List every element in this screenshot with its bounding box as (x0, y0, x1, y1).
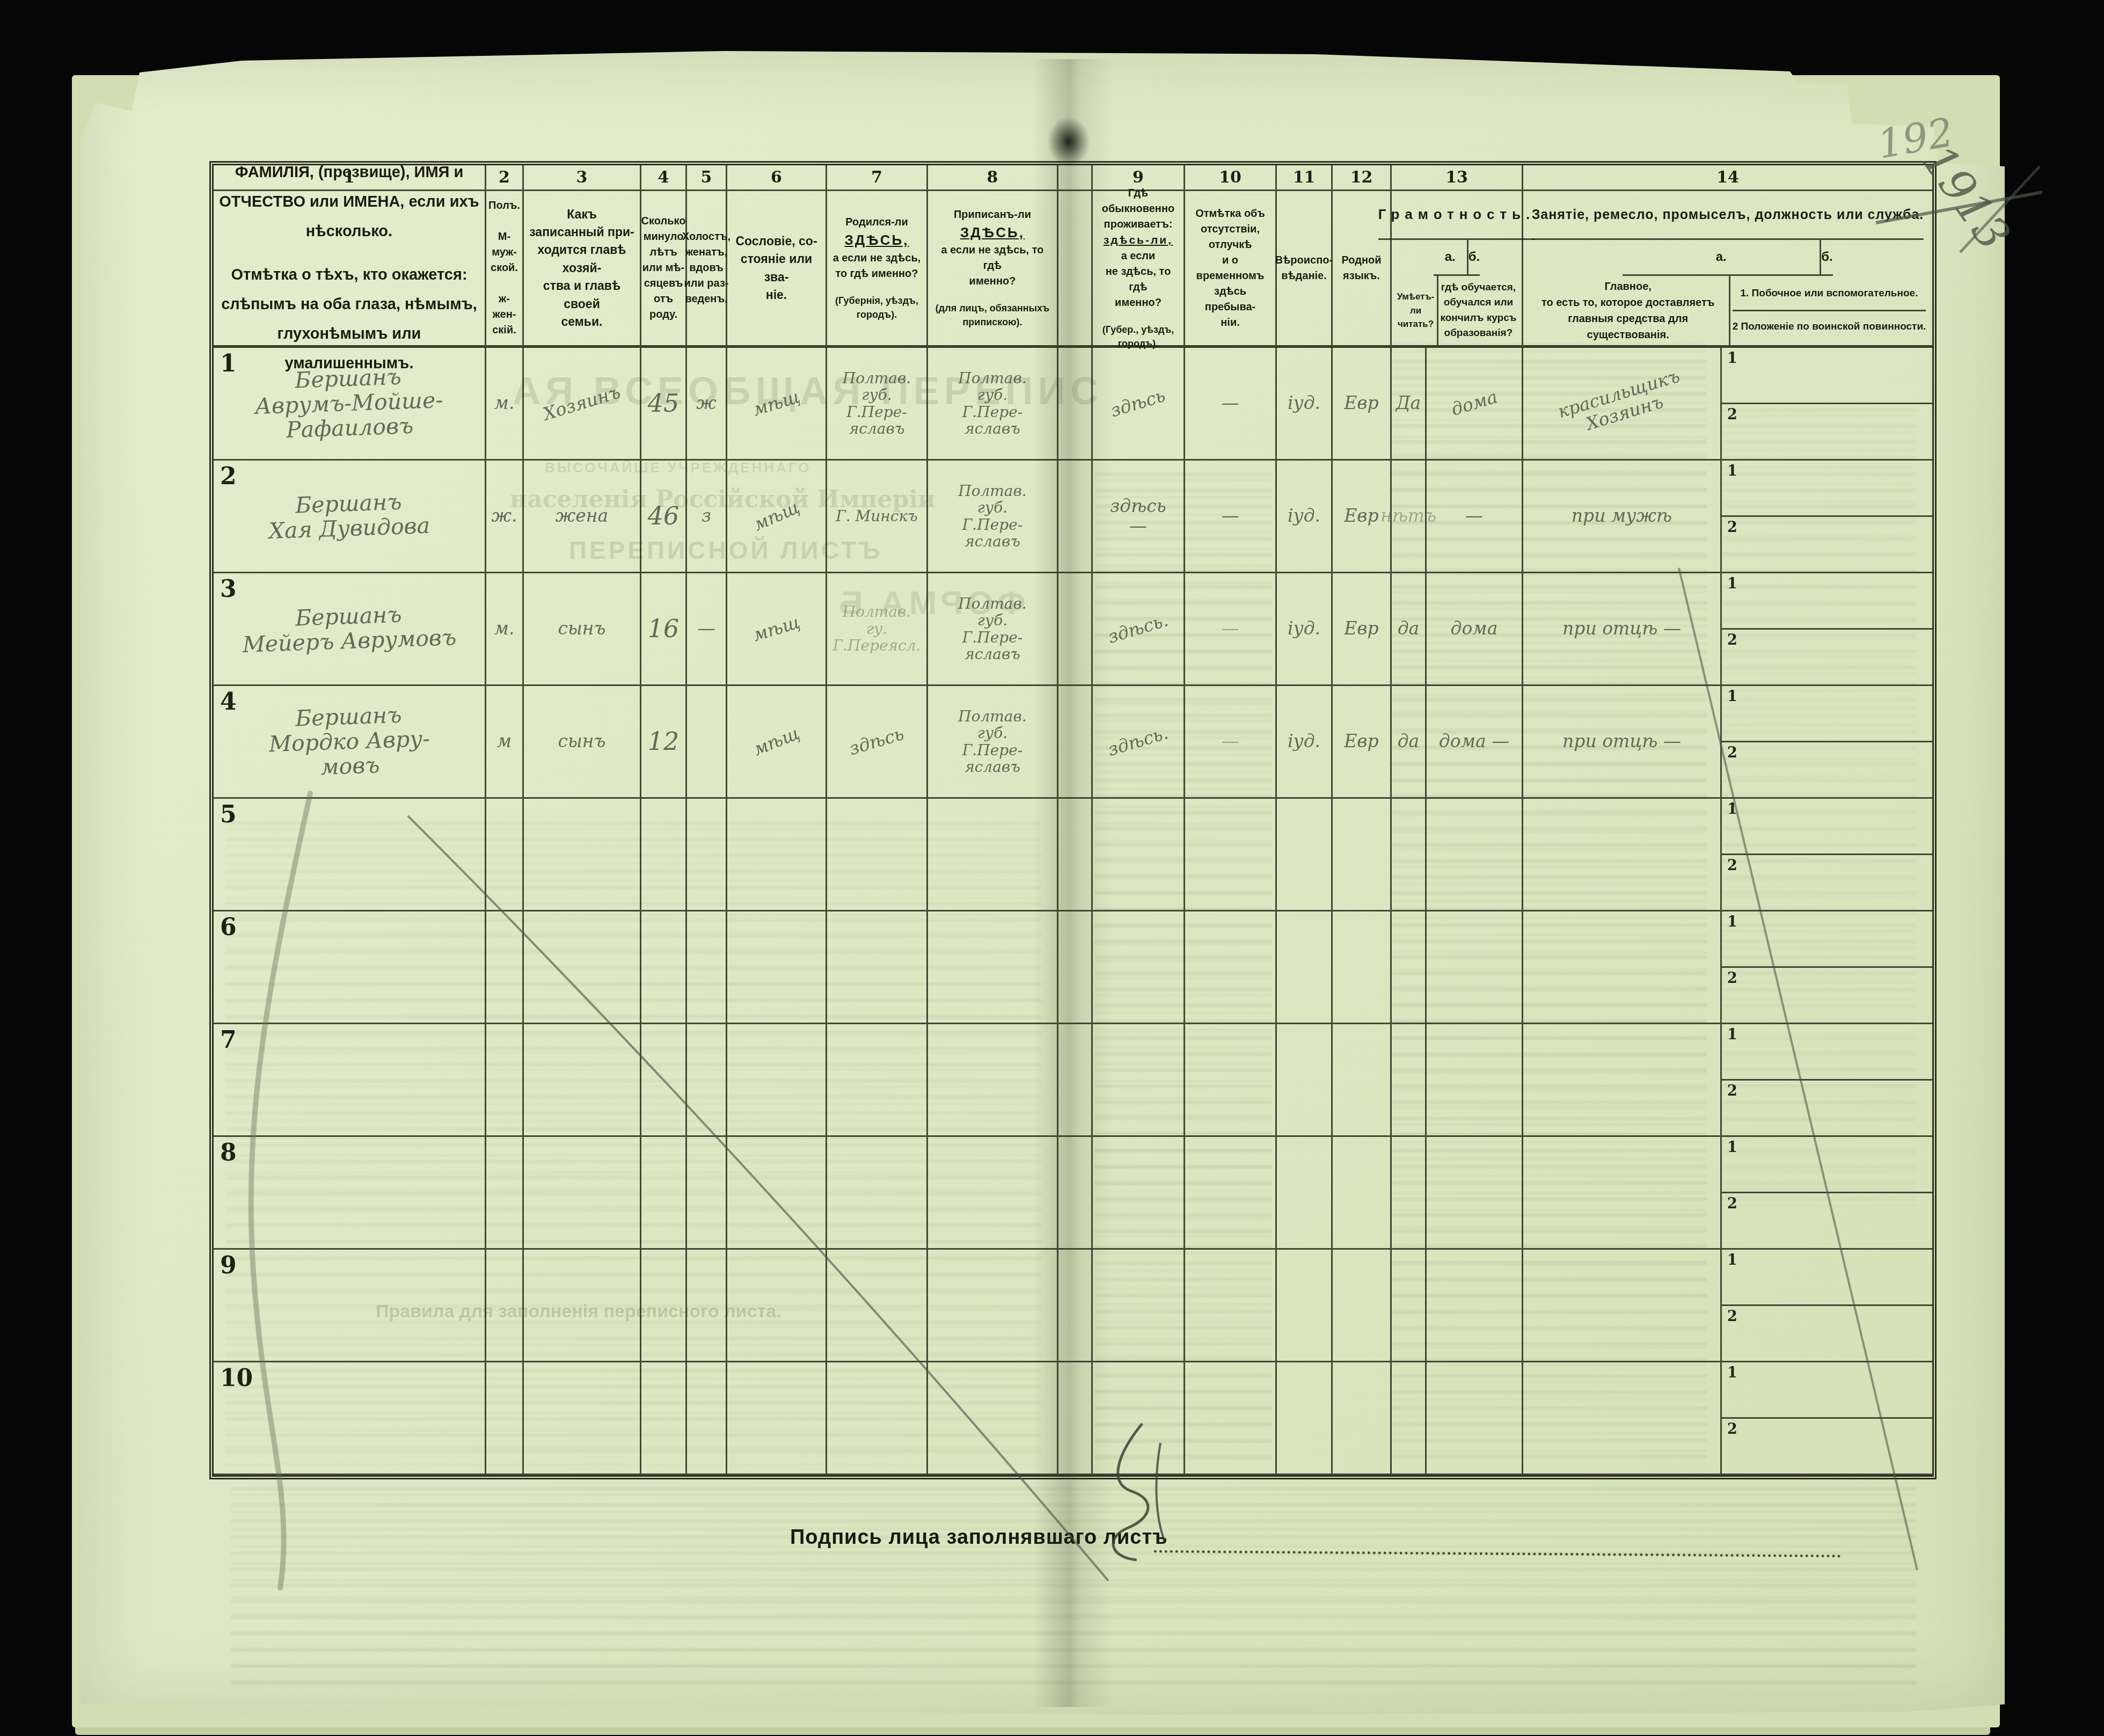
table-row-8-name: 8 (214, 1137, 486, 1250)
header-occupation-main: Главное, то есть то, которое доставляетъ… (1528, 276, 1730, 345)
book-fold-shadow (1033, 59, 1114, 1707)
row-3-birthplace: Полтав. гу. Г.Переясл. (827, 573, 928, 686)
header-relation: Какъ записанный при- ходится главѣ хозяй… (528, 206, 635, 331)
row-1-birthplace: Полтав. губ. Г.Пере- яславъ (827, 348, 928, 461)
header-absence: Отмѣтка объ отсутствіи, отлучкѣ и о врем… (1189, 206, 1271, 331)
header-language: Родной языкъ. (1341, 253, 1381, 284)
table-row-5-name: 5 (214, 799, 486, 911)
header-residence-here: здѣсь-ли, (1104, 232, 1173, 249)
row-4-sex: м (486, 686, 524, 799)
col-number-14: 14 (1523, 165, 1932, 191)
header-occupation-military: 2 Положеніе по воинской повинности. (1733, 311, 1926, 343)
header-literacy-school: гдѣ обучается, обучался или кончилъ курс… (1438, 276, 1519, 345)
row-number: 1 (220, 350, 237, 377)
row-2-birthplace: Г. Минскъ (827, 461, 928, 573)
row-4-literacy: да (1392, 686, 1427, 799)
row-6-side-occupation: 12 (1722, 911, 1932, 1024)
row-1-absence: — (1185, 348, 1277, 461)
col-number-12: 12 (1333, 165, 1392, 191)
header-estate: Сословіе, со- стояніе или зва- ніе. (732, 232, 821, 304)
row-3-side-occupation: 12 (1722, 573, 1932, 686)
header-name-line1: ФАМИЛІЯ, (прозвище), ИМЯ и ОТЧЕСТВО или … (218, 158, 480, 246)
header-sex: Полъ. М-муж- ской. ж-жен- скій. (488, 198, 520, 338)
fold-top-gap (1048, 117, 1090, 166)
signature-line (1154, 1529, 1841, 1558)
row-3-education: дома (1427, 573, 1523, 686)
header-marital: Холостъ, женатъ, вдовъ или раз- веденъ. (682, 229, 730, 307)
row-1-literacy: Да (1392, 348, 1427, 461)
header-birthplace-here: ЗДѢСЬ, (844, 230, 909, 251)
row-1-sex: м. (486, 348, 524, 461)
header-literacy: Грамотность. а. б. Умѣетъ- ли читать? гд… (1392, 191, 1523, 348)
header-religion: Вѣроиспо- вѣданіе. (1275, 253, 1333, 284)
header-birthplace: Родился-ли ЗДѢСЬ, а если не здѣсь, то гд… (827, 191, 928, 348)
col-number-10: 10 (1185, 165, 1277, 191)
row-2-relation: жена (524, 461, 641, 573)
col-number-7: 7 (827, 165, 928, 191)
row-1-estate: мѣщ (727, 348, 827, 461)
row-4-religion: іуд. (1277, 686, 1333, 799)
table-row-3-name: 3Бершанъ Мейеръ Аврумовъ (214, 573, 486, 686)
header-literacy-b: б. (1469, 240, 1480, 274)
row-1-marital: ж (687, 348, 727, 461)
header-registered-q: Приписанъ-ли (954, 207, 1031, 223)
col-number-6: 6 (727, 165, 827, 191)
row-1-side-occupation: 12 (1722, 348, 1932, 461)
row-4-absence: — (1185, 686, 1277, 799)
row-10-side-occupation: 12 (1722, 1362, 1932, 1475)
row-1-age: 45 (641, 348, 687, 461)
row-2-marital: з (687, 461, 727, 573)
col-number-2: 2 (486, 165, 524, 191)
table-row-2-name: 2Бершанъ Хая Дувидова (214, 461, 486, 573)
table-row-4-name: 4Бершанъ Мордко Авру- мовъ (214, 686, 486, 799)
row-4-birthplace: здѣсь (827, 686, 928, 799)
header-birthplace-q: Родился-ли (845, 215, 908, 230)
row-5-side-occupation: 12 (1722, 799, 1932, 911)
row-4-occupation: при отцѣ — (1523, 686, 1722, 799)
table-row-1-name: 1Бершанъ Аврумъ-Мойше- Рафаиловъ (214, 348, 486, 461)
row-4-education: дома — (1427, 686, 1523, 799)
col-number-3: 3 (524, 165, 641, 191)
person-name: Бершанъ Аврумъ-Мойше- Рафаиловъ (254, 363, 444, 444)
header-birthplace-else: а если не здѣсь, то гдѣ именно? (833, 251, 921, 282)
table-row-10-name: 10 (214, 1362, 486, 1475)
col-number-5: 5 (687, 165, 727, 191)
row-3-occupation: при отцѣ — (1523, 573, 1722, 686)
row-3-marital: — (687, 573, 727, 686)
header-age: Сколько минуло лѣтъ или мѣ- сяцевъ отъ р… (641, 214, 686, 323)
row-3-absence: — (1185, 573, 1277, 686)
table-row-9-name: 9 (214, 1250, 486, 1362)
header-registered-here: ЗДѢСЬ, (960, 223, 1025, 243)
row-4-estate: мѣщ (727, 686, 827, 799)
table-row-6-name: 6 (214, 911, 486, 1024)
row-3-age: 16 (641, 573, 687, 686)
header-birthplace-note: (Губернія, уѣздъ, городъ). (831, 294, 922, 322)
signature-label: Подпись лица заполнявшаго листъ (790, 1526, 1168, 1549)
row-3-relation: сынъ (524, 573, 641, 686)
row-1-language: Евр (1333, 348, 1392, 461)
row-4-relation: сынъ (524, 686, 641, 799)
header-occupation: Занятіе, ремесло, промыселъ, должность и… (1523, 191, 1932, 348)
header-literacy-a: а. (1434, 240, 1469, 274)
col-number-13: 13 (1392, 165, 1523, 191)
row-2-education: — (1427, 461, 1523, 573)
row-1-education: дома (1427, 348, 1523, 461)
header-occupation-side: 1. Побочное или вспомогательное. (1733, 278, 1926, 311)
col-number-11: 11 (1277, 165, 1333, 191)
row-9-side-occupation: 12 (1722, 1250, 1932, 1362)
header-occupation-b: б. (1821, 240, 1833, 274)
row-1-relation: Хозяинъ (524, 348, 641, 461)
row-2-estate: мѣщ (727, 461, 827, 573)
row-4-side-occupation: 12 (1722, 686, 1932, 799)
row-1-religion: іуд. (1277, 348, 1333, 461)
header-occupation-title: Занятіе, ремесло, промыселъ, должность и… (1532, 191, 1924, 240)
row-3-estate: мѣщ (727, 573, 827, 686)
row-2-religion: іуд. (1277, 461, 1333, 573)
row-8-side-occupation: 12 (1722, 1137, 1932, 1250)
row-4-age: 12 (641, 686, 687, 799)
row-2-absence: — (1185, 461, 1277, 573)
row-3-religion: іуд. (1277, 573, 1333, 686)
header-literacy-title: Грамотность. (1378, 191, 1536, 240)
row-1-occupation: красильщикъ Хозяинъ (1523, 348, 1722, 461)
scan-background: АЯ ВСЕОБЩАЯ ПЕРЕПИС ВЫСОЧАЙШЕ УЧРЕЖДЕННА… (0, 0, 2104, 1736)
table-row-7-name: 7 (214, 1024, 486, 1137)
row-2-side-occupation: 12 (1722, 461, 1932, 573)
row-2-sex: ж. (486, 461, 524, 573)
header-name: ФАМИЛІЯ, (прозвище), ИМЯ и ОТЧЕСТВО или … (214, 191, 486, 348)
row-3-language: Евр (1333, 573, 1392, 686)
row-7-side-occupation: 12 (1722, 1024, 1932, 1137)
row-4-marital (687, 686, 727, 799)
col-number-4: 4 (641, 165, 687, 191)
header-occupation-a: а. (1623, 240, 1821, 274)
header-literacy-read: Умѣетъ- ли читать? (1395, 276, 1438, 345)
row-2-occupation: при мужѣ (1523, 461, 1722, 573)
row-3-literacy: да (1392, 573, 1427, 686)
row-2-literacy: нѣтъ (1392, 461, 1427, 573)
row-3-sex: м. (486, 573, 524, 686)
row-2-age: 46 (641, 461, 687, 573)
header-registered-note: (для лицъ, обязанныхъ припискою). (936, 301, 1049, 329)
row-4-language: Евр (1333, 686, 1392, 799)
